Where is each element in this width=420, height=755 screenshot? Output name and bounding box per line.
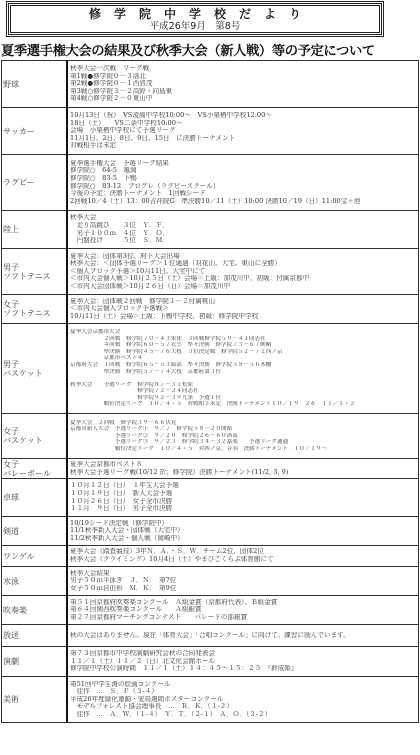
detail-line: 11月1日、2日、8日、9日、15日 に決勝トーナメント (70, 135, 416, 143)
detail-line: 夏季大会：団体第3位、府下大会出場 (70, 253, 416, 261)
club-name: 放送 (2, 625, 68, 647)
club-name: サッカー (2, 108, 68, 155)
club-name-line: 女子 (3, 460, 66, 469)
detail-line: 円盤投げ ５位 Ｓ．Ｍ． (70, 237, 416, 245)
detail-line: 会場 小栗栖中学校にて予選リーグ (70, 127, 416, 135)
detail-line: 第51回中学生海の絵画コンクール (70, 681, 416, 689)
detail-line: 修学院○ 83-5 下鴨 (70, 175, 416, 183)
club-name-line: ワンゲル (3, 552, 66, 561)
detail-line: 11/1秋季新人大会・団体戦（大宅中） (70, 527, 416, 535)
club-name-line: 野球 (3, 80, 66, 89)
club-name: 水泳 (2, 567, 68, 596)
detail-line: 夏季大会 ２回戦 修学院３９－６６伏見 (70, 420, 416, 427)
detail-line: １０月１２日（日） １年生大会予選 (70, 482, 416, 490)
club-details: 夏季大会京都市ベスト８秋季大会予選リーグ戦(10/12 於；修学院）決勝トーナメ… (67, 459, 419, 479)
detail-line: 第５１回京都府吹奏楽コンクール Ａ組金賞（京都府代表）、Ｂ組金賞 (70, 599, 416, 607)
club-name-line: 吹奏楽 (3, 606, 66, 615)
detail-line: 男子５０ｍ平泳ぎ Ｊ．Ｎ． 第7位 (70, 577, 416, 585)
club-row: 野球秋季大会一次戦 リーグ戦第1戦●修学院０－３洛北第2戦●修学院０－１西賀茂第… (2, 61, 419, 108)
club-row: ラグビー夏季選手権大会 予選リーグ結果修学院○ 64-5 亀岡修学院○ 83-5… (2, 155, 419, 211)
club-row: 演劇第７３回京都市中学校演劇研究会秋の合同発表会１１／１（土）１１／２（日）北文… (2, 647, 419, 677)
detail-line: 第1戦●修学院０－３洛北 (70, 73, 416, 81)
detail-line: 秋季大会：＜団体予選リーグ＞１位通過（対花山、大宅、東山に全勝） (70, 260, 416, 268)
detail-line: 佳作 … Ａ．Ｗ．（１-４） Ｙ．Ｔ．（２-１） Ａ．Ｏ．（３-２） (70, 711, 416, 719)
club-name-line: 卓球 (3, 493, 66, 502)
club-name-line: ラグビー (3, 178, 66, 187)
club-name: 美術 (2, 677, 68, 723)
club-name: 吹奏楽 (2, 596, 68, 625)
club-name-line: バスケット (3, 436, 66, 445)
detail-line: モデルフォレスト協会理事長 … Ｒ．Ｋ．（１-２） (70, 703, 416, 711)
club-name-line: 男子 (3, 360, 66, 369)
club-name: 演劇 (2, 647, 68, 677)
club-row: 陸上秋季大会 走り高跳び ３位 Ｙ．Ｆ． 男子１００ｍ ４位 Ｙ．Ｏ． 円盤投げ… (2, 211, 419, 249)
club-row: 美術第51回中学生海の絵画コンクール 佳作 … Ｓ．Ｆ（３-４）平成26年度緑化… (2, 677, 419, 723)
club-name-line: 演劇 (3, 657, 66, 666)
club-row: サッカー10月13日（祝） VS凌風中学校10:00～ VS小栗栖中学校12:0… (2, 108, 419, 155)
detail-line: １１／１（土）１１／２（日）北文化会館ホール (70, 658, 416, 666)
club-name: 卓球 (2, 479, 68, 517)
detail-line: 順位決定リーグ １０／４・５ 対戦相手未定 決勝トーナメント１０／１９ ２６ １… (70, 401, 416, 408)
club-details: 夏季大会（踏査競技）3年Ｎ．Ａ．・Ｓ．Ｗ．チーム2位、団体2位秋季大会（クライミ… (67, 546, 419, 567)
detail-line: 10/19シード決定戦（修学院中） (70, 520, 416, 528)
club-name: 女子ソフトテニス (2, 295, 68, 324)
detail-line: 第６４回関西吹奏楽コンクール Ａ組銀賞 (70, 606, 416, 614)
detail-line: 夏季大会：団体戦２回戦 修学院１－２付属桃山 (70, 298, 416, 306)
detail-line: 秋季大会 予選リーグ 修学院８７－３１松原 (70, 382, 416, 389)
club-row: 吹奏楽第５１回京都府吹奏楽コンクール Ａ組金賞（京都府代表）、Ｂ組金賞第６４回関… (2, 596, 419, 625)
detail-line: 10月11日（土）会場＝上級：下鴨中学校、初級：修学院中学校 (70, 313, 416, 321)
club-details: 夏季大会 ２回戦 修学院３９－６６伏見京都市新人大会 予選リーグ① ９／７ 修学… (67, 414, 419, 459)
detail-line: ＜市内大会個人戦＞10月２５日（土）会場＝上級：加茂川中、初級：付属京都中 (70, 275, 416, 283)
club-row: 水泳秋季大会結果男子５０ｍ平泳ぎ Ｊ．Ｎ． 第7位女子５０ｍ自由形 Ｍ．Ｋ． 第… (2, 567, 419, 596)
detail-line: 2回戦10／4（土）13：00吉祥院G 準決勝10／11（土）10:00 決勝1… (70, 198, 416, 206)
detail-line: 修学院○ 64-5 亀岡 (70, 167, 416, 175)
detail-line: 準決勝 修学院４５－７６大枝 ３位決定戦 修学院５２－７２西ノ京 (70, 349, 416, 356)
detail-line: ＜個人ブロック予選＞10月11日、大宅中にて (70, 268, 416, 276)
club-details: 夏季大会：団体第3位、府下大会出場秋季大会：＜団体予選リーグ＞１位通過（対花山、… (67, 249, 419, 295)
club-details: 10月13日（祝） VS凌風中学校10:00～ VS小栗栖中学校12:00～18… (67, 108, 419, 155)
detail-line: 予選リーグ③ ９／２３ 修学院３４－３２嘉楽 予選リーグ通過 (70, 439, 416, 446)
club-name-line: 女子 (3, 300, 66, 309)
club-row: 女子ソフトテニス夏季大会：団体戦２回戦 修学院１－２付属桃山＜市内大会個人ブロッ… (2, 295, 419, 324)
club-details: 夏季大会：団体戦２回戦 修学院１－２付属桃山＜市内大会個人ブロック予選戦＞10月… (67, 295, 419, 324)
club-name-line: 水泳 (3, 577, 66, 586)
detail-line: 準決勝 修学院５７－７４大枝 京都府第３位 (70, 369, 416, 376)
club-row: 放送秋の大会はありません。現在「体育大会」「合唱コンクール」に向けて、練習に励ん… (2, 625, 419, 647)
club-name-line: 陸上 (3, 225, 66, 234)
club-name: 女子バレーボール (2, 459, 68, 479)
detail-line: 順位決定リーグ １０／４・５ 対西ノ京、音羽 決勝トーナメント １０／１９～ (70, 446, 416, 453)
detail-line: 秋季大会（クライミング）10月4日（土）やまびこくらぶ体育館にて (70, 556, 416, 564)
detail-line: 対戦相手は未定 (70, 142, 416, 150)
club-name-line: ソフトテニス (3, 272, 66, 281)
club-details: 第７３回京都市中学校演劇研究会秋の合同発表会１１／１（土）１１／２（日）北文化会… (67, 647, 419, 677)
detail-line: ２回戦 修学院７０－４３朱雀 ３回戦修学院５９－４１同志社 (70, 336, 416, 343)
detail-line: 修学院７２－２４同志社 (70, 388, 416, 395)
club-row: 女子バスケット夏季大会 ２回戦 修学院３９－６６伏見京都市新人大会 予選リーグ①… (2, 414, 419, 459)
detail-line: ４回戦 修学院６０－５７衣笠 準々決勝 修学院７３－６７嵯峨 (70, 342, 416, 349)
club-name-line: 女子 (3, 427, 66, 436)
club-details: 秋の大会はありません。現在「体育大会」「合唱コンクール」に向けて、練習に励んでい… (67, 625, 419, 647)
detail-line: 佳作 … Ｓ．Ｆ（３-４） (70, 688, 416, 696)
detail-line (70, 375, 416, 382)
detail-line: 今後の予定：決勝トーナメント 1回戦シード (70, 190, 416, 198)
detail-line: 予選リーグ② ９／２０ 修学院２６－６０洛南 (70, 433, 416, 440)
detail-line: 京都府大会 １回戦 修学院６５－５３綾部 準々決勝 修学院５８－５６木幡 (70, 362, 416, 369)
club-details: 10/19シード決定戦（修学院中）11/1秋季新人大会・団体戦（大宅中）11/2… (67, 517, 419, 546)
club-details: 秋季大会一次戦 リーグ戦第1戦●修学院０－３洛北第2戦●修学院０－１西賀茂第3戦… (67, 61, 419, 108)
detail-line: １１月 ９日（日） 男子全市決勝 (70, 505, 416, 513)
club-name-line: 剣道 (3, 527, 66, 536)
club-details: 夏季選手権大会 予選リーグ結果修学院○ 64-5 亀岡修学院○ 83-5 下鴨修… (67, 155, 419, 211)
detail-line: １０月２６日（日） 女子全市決勝 (70, 498, 416, 506)
detail-line: 11/2秋季新人大会・個人戦（岡崎中） (70, 535, 416, 543)
detail-line: 第２７回京都府マーチングコンテスト パレードの部銀賞 (70, 614, 416, 622)
club-details: 秋季大会結果男子５０ｍ平泳ぎ Ｊ．Ｎ． 第7位女子５０ｍ自由形 Ｍ．Ｋ． 第9位 (67, 567, 419, 596)
detail-line: ＜市内大会個人ブロック予選戦＞ (70, 305, 416, 313)
detail-line: 第3戦○修学院３－２高野・向島東 (70, 88, 416, 96)
club-details: 第５１回京都府吹奏楽コンクール Ａ組金賞（京都府代表）、Ｂ組金賞第６４回関西吹奏… (67, 596, 419, 625)
club-name-line: 男子 (3, 263, 66, 272)
club-row: ワンゲル夏季大会（踏査競技）3年Ｎ．Ａ．・Ｓ．Ｗ．チーム2位、団体2位秋季大会（… (2, 546, 419, 567)
detail-line: 男子１００ｍ ４位 Ｙ．Ｏ． (70, 230, 416, 238)
club-row: 剣道10/19シード決定戦（修学院中）11/1秋季新人大会・団体戦（大宅中）11… (2, 517, 419, 546)
detail-line: 夏季大会（踏査競技）3年Ｎ．Ａ．・Ｓ．Ｗ．チーム2位、団体2位 (70, 548, 416, 556)
club-details: 第51回中学生海の絵画コンクール 佳作 … Ｓ．Ｆ（３-４）平成26年度緑化運動… (67, 677, 419, 723)
detail-line: １０月１９日（日） 新人大会予選 (70, 490, 416, 498)
detail-line: 秋の大会はありません。現在「体育大会」「合唱コンクール」に向けて、練習に励んでい… (70, 632, 416, 640)
detail-line: 修学院中学校公演時間 １１／１（土）１４：４５～１５：２５ 『鈴成姫』 (70, 665, 416, 673)
club-row: 卓球１０月１２日（日） １年生大会予選１０月１９日（日） 新人大会予選１０月２６… (2, 479, 419, 517)
detail-line: 女子５０ｍ自由形 Ｍ．Ｋ． 第9位 (70, 585, 416, 593)
article-headline: 夏季選手権大会の結果及び秋季大会（新人戦）等の予定について (1, 40, 375, 59)
club-name: 女子バスケット (2, 414, 68, 459)
detail-line: 修学院○ 83-12 ブログレ（ラグビースクール） (70, 183, 416, 191)
detail-line: 京都市新人大会 予選リーグ① ９／７ 修学院５８－２０開睛 (70, 426, 416, 433)
issue-number: 平成26年9月 第8号 (11, 21, 379, 32)
club-row: 男子ソフトテニス夏季大会：団体第3位、府下大会出場秋季大会：＜団体予選リーグ＞１… (2, 249, 419, 295)
club-name: 剣道 (2, 517, 68, 546)
club-row: 女子バレーボール夏季大会京都市ベスト８秋季大会予選リーグ戦(10/12 於；修学… (2, 459, 419, 479)
detail-line: 10月13日（祝） VS凌風中学校10:00～ VS小栗栖中学校12:00～ (70, 112, 416, 120)
detail-line: 18日（土） VS二条中学校10:00～ (70, 120, 416, 128)
club-name-line: バレーボール (3, 469, 66, 478)
club-row: 男子バスケット夏季大会京都市大会 ２回戦 修学院７０－４３朱雀 ３回戦修学院５９… (2, 324, 419, 414)
detail-line: 夏季選手権大会 予選リーグ結果 (70, 160, 416, 168)
club-name-line: サッカー (3, 127, 66, 136)
club-name: ワンゲル (2, 546, 68, 567)
club-name-line: バスケット (3, 369, 66, 378)
club-results-table: 野球秋季大会一次戦 リーグ戦第1戦●修学院０－３洛北第2戦●修学院０－１西賀茂第… (1, 60, 419, 723)
detail-line: 第4戦○修学院２－０東山中 (70, 95, 416, 103)
club-results-body: 野球秋季大会一次戦 リーグ戦第1戦●修学院０－３洛北第2戦●修学院０－１西賀茂第… (2, 61, 419, 723)
club-name: 男子ソフトテニス (2, 249, 68, 295)
detail-line: 走り高跳び ３位 Ｙ．Ｆ． (70, 222, 416, 230)
club-name-line: 放送 (3, 631, 66, 640)
detail-line: ＜市内大会団体戦＞10月２６日（日）会場＝加茂川中 (70, 283, 416, 291)
detail-line: 秋季大会 (70, 214, 416, 222)
club-details: 夏季大会京都市大会 ２回戦 修学院７０－４３朱雀 ３回戦修学院５９－４１同志社 … (67, 324, 419, 414)
detail-line: 秋季大会一次戦 リーグ戦 (70, 65, 416, 73)
school-name: 修学院中学校だより (11, 7, 379, 21)
club-name: 陸上 (2, 211, 68, 249)
club-name: 野球 (2, 61, 68, 108)
detail-line: 夏季大会京都市大会 (70, 329, 416, 336)
club-name: ラグビー (2, 155, 68, 211)
detail-line: 修学院９２－３９九条 予選１位 (70, 395, 416, 402)
detail-line: 第2戦●修学院０－１西賀茂 (70, 80, 416, 88)
club-name: 男子バスケット (2, 324, 68, 414)
detail-line: 秋季大会予選リーグ戦(10/12 於；修学院）決勝トーナメント(11/2, 3,… (70, 469, 416, 477)
newsletter-masthead: 修学院中学校だより 平成26年9月 第8号 (8, 3, 382, 35)
detail-line: 第７３回京都市中学校演劇研究会秋の合同発表会 (70, 650, 416, 658)
club-name-line: 美術 (3, 695, 66, 704)
detail-line: 京都市ベスト４ (70, 355, 416, 362)
detail-line: 平成26年度緑化運動・愛鳥週間ポスターコンクール (70, 696, 416, 704)
club-name-line: ソフトテニス (3, 309, 66, 318)
detail-line: 夏季大会京都市ベスト８ (70, 461, 416, 469)
club-details: 秋季大会 走り高跳び ３位 Ｙ．Ｆ． 男子１００ｍ ４位 Ｙ．Ｏ． 円盤投げ ５… (67, 211, 419, 249)
detail-line: 秋季大会結果 (70, 570, 416, 578)
club-details: １０月１２日（日） １年生大会予選１０月１９日（日） 新人大会予選１０月２６日（… (67, 479, 419, 517)
